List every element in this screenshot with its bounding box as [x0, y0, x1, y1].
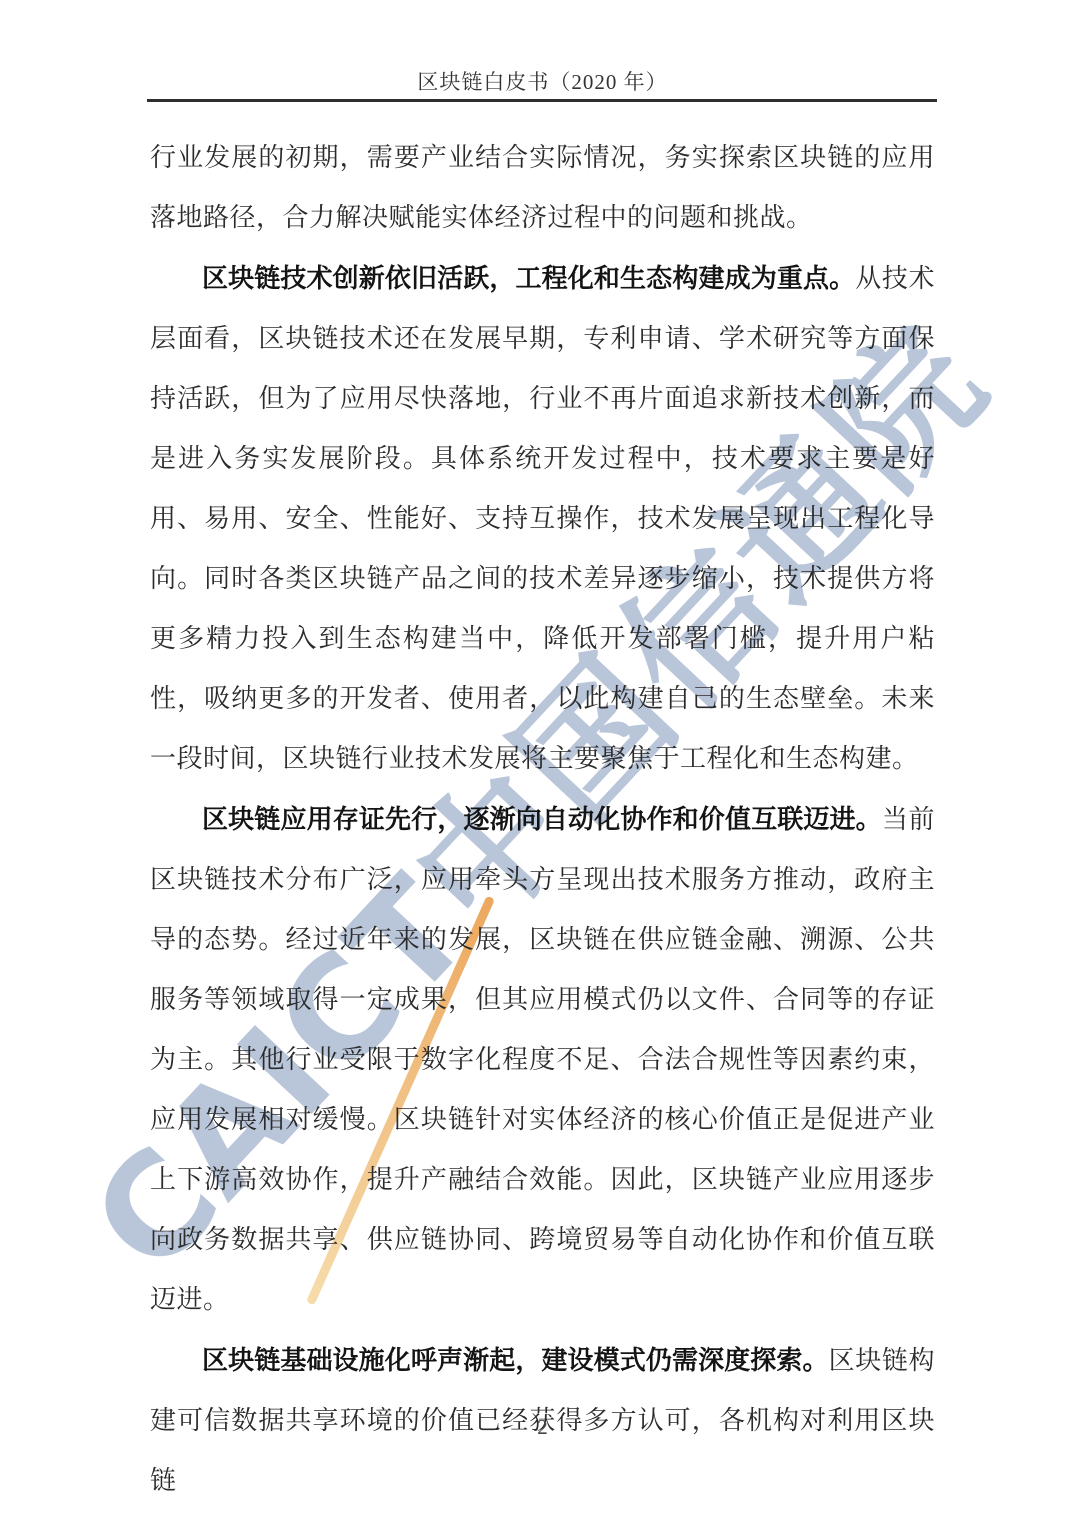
paragraph-lead: 区块链基础设施化呼声渐起，建设模式仍需深度探索。: [202, 1345, 829, 1375]
document-page: 区块链白皮书（2020 年） CAICT中国信通院 行业发展的初期，需要产业结合…: [0, 0, 1080, 1528]
paragraph: 行业发展的初期，需要产业结合实际情况，务实探索区块链的应用落地路径，合力解决赋能…: [150, 128, 935, 248]
paragraph: 区块链技术创新依旧活跃，工程化和生态构建成为重点。从技术层面看，区块链技术还在发…: [150, 248, 935, 789]
paragraph: 区块链应用存证先行，逐渐向自动化协作和价值互联迈进。当前区块链技术分布广泛，应用…: [150, 789, 935, 1330]
paragraph-lead: 区块链技术创新依旧活跃，工程化和生态构建成为重点。: [202, 263, 855, 293]
paragraph-lead: 区块链应用存证先行，逐渐向自动化协作和价值互联迈进。: [202, 804, 882, 834]
page-number: 2: [150, 1415, 935, 1440]
header-rule: [147, 99, 937, 102]
body-text: 行业发展的初期，需要产业结合实际情况，务实探索区块链的应用落地路径，合力解决赋能…: [150, 128, 935, 1511]
running-header-title: 区块链白皮书（2020 年）: [150, 66, 935, 96]
